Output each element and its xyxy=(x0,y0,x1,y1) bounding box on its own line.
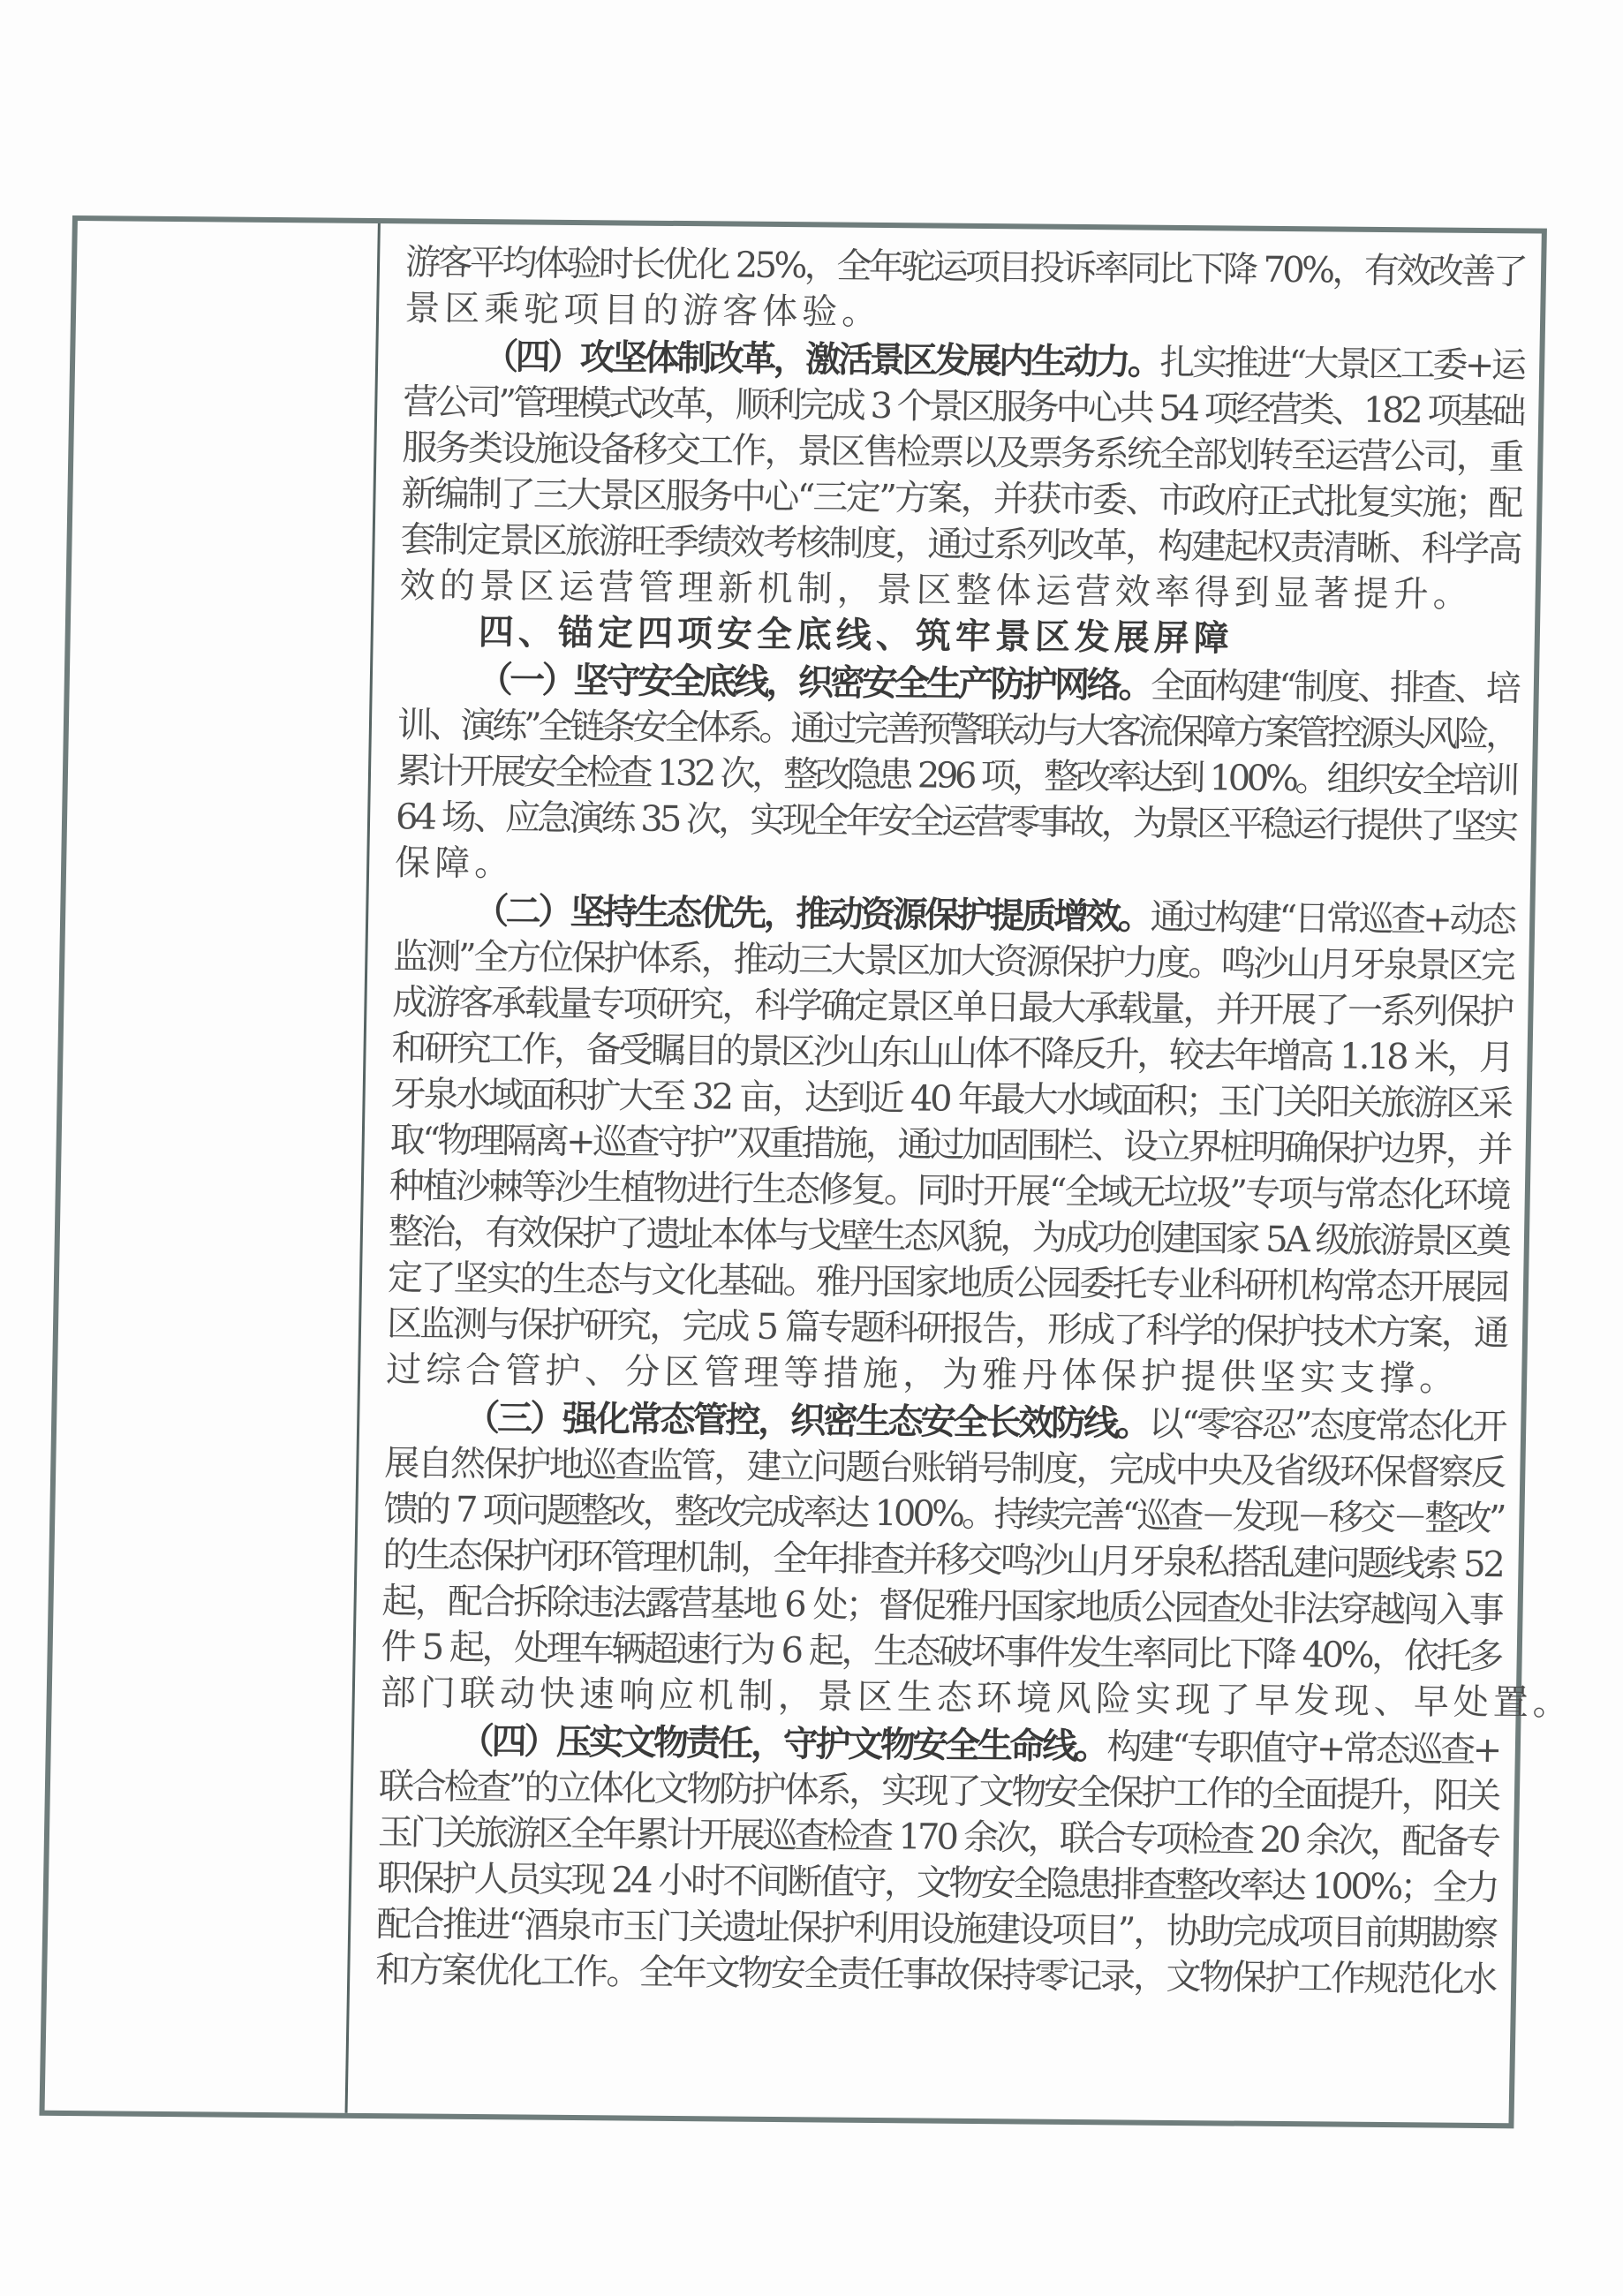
paragraph-line: 过综合管护、分区管理等措施，为雅丹体保护提供坚实支撑。 xyxy=(386,1347,1506,1402)
body-text: 营公司”管理模式改革，顺利完成 3 个景区服务中心共 54 项经营类、182 项… xyxy=(403,381,1523,432)
body-text: 展自然保护地巡查监管，建立问题台账销号制度，完成中央及省级环保督察反 xyxy=(384,1443,1505,1493)
body-text: 64 场、应急演练 35 次，实现全年安全运营零事故，为景区平稳运行提供了坚实 xyxy=(396,797,1516,847)
body-text: 景区乘驼项目的游客体验。 xyxy=(404,288,882,333)
body-text: 构建“专职值守+常态巡查+ xyxy=(1106,1726,1499,1771)
body-text: 馈的 7 项问题整改，整改完成率达 100%。持续完善“巡查－发现－移交－整改” xyxy=(383,1489,1504,1539)
body-text: 取“物理隔离+巡查守护”双重措施，通过加固围栏、设立界桩明确保护边界，并 xyxy=(389,1120,1510,1170)
subheading-text: （一）坚守安全底线，织密安全生产防护网络。 xyxy=(477,660,1151,706)
body-text: 新编制了三大景区服务中心“三定”方案，并获市委、市政府正式批复实施；配 xyxy=(401,473,1521,524)
paragraph-line: 景区乘驼项目的游客体验。 xyxy=(404,285,1525,341)
body-text: 扎实推进“大景区工委+运 xyxy=(1159,343,1523,387)
report-table: 游客平均体验时长优化 25%，全年驼运项目投诉率同比下降 70%，有效改善了景区… xyxy=(39,215,1546,2128)
body-text: 套制定景区旅游旺季绩效考核制度，通过系列改革，构建起权责清晰、科学高 xyxy=(400,519,1521,570)
content-cell: 游客平均体验时长优化 25%，全年驼运项目投诉率同比下降 70%，有效改善了景区… xyxy=(356,223,1542,2123)
subheading-text: （二）坚持生态优先，推动资源保护提质增效。 xyxy=(473,891,1151,938)
body-text: 和研究工作，备受瞩目的景区沙山东山山体不降反升，较去年增高 1.18 米，月 xyxy=(391,1028,1512,1078)
left-label-cell xyxy=(45,221,378,2113)
body-text: 和方案优化工作。全年文物安全责任事故保持零记录，文物保护工作规范化水 xyxy=(375,1950,1496,2000)
body-text: 牙泉水域面积扩大至 32 亩，达到近 40 年最大水域面积；玉门关阳关旅游区采 xyxy=(390,1074,1511,1124)
body-text: 保障。 xyxy=(395,842,515,884)
body-text: 起，配合拆除违法露营基地 6 处；督促雅丹国家地质公园查处非法穿越闯入事 xyxy=(381,1581,1502,1631)
body-text: 配合推进“酒泉市玉门关遗址保护利用设施建设项目”，协助完成项目前期勘察 xyxy=(376,1904,1497,1954)
body-text: 以“零容忍”态度常态化开 xyxy=(1148,1404,1505,1448)
document-page: 游客平均体验时长优化 25%，全年驼运项目投诉率同比下降 70%，有效改善了景区… xyxy=(0,0,1623,2296)
subheading-text: （四）攻坚体制改革，激活景区发展内生动力。 xyxy=(483,336,1160,383)
paragraph-line: 保障。 xyxy=(395,840,1515,895)
body-text: 定了坚实的生态与文化基础。雅丹国家地质公园委托专业科研机构常态开展园 xyxy=(388,1258,1508,1308)
subheading-text: （三）强化常态管控，织密生态安全长效防线。 xyxy=(464,1398,1149,1445)
body-text: 整治，有效保护了遗址本体与戈壁生态风貌，为成功创建国家 5A 级旅游景区奠 xyxy=(389,1212,1509,1262)
body-text: 玉门关旅游区全年累计开展巡查检查 170 余次，联合专项检查 20 余次，配备专 xyxy=(378,1812,1498,1862)
body-text: 通过构建“日常巡查+动态 xyxy=(1150,897,1514,941)
body-text: 种植沙棘等沙生植物进行生态修复。同时开展“全域无垃圾”专项与常态化环境 xyxy=(389,1166,1509,1216)
body-text: 件 5 起，处理车辆超速行为 6 起，生态破坏事件发生率同比下降 40%，依托多 xyxy=(381,1627,1501,1677)
body-text: 效的景区运营管理新机制，景区整体运营效率得到显著提升。 xyxy=(399,565,1473,616)
heading-text: 四、锚定四项安全底线、筑牢景区发展屏障 xyxy=(478,612,1234,659)
subheading-text: （四）压实文物责任，守护文物安全生命线。 xyxy=(458,1721,1106,1767)
body-text: 全面构建“制度、排查、培 xyxy=(1151,666,1519,710)
body-text: 服务类设施设备移交工作，景区售检票以及票务系统全部划转至运营公司，重 xyxy=(402,427,1522,478)
body-text: 区监测与保护研究，完成 5 篇专题科研报告，形成了科学的保护技术方案，通 xyxy=(387,1303,1507,1354)
body-text: 游客平均体验时长优化 25%，全年驼运项目投诉率同比下降 70%，有效改善了 xyxy=(405,242,1526,292)
body-text: 监测”全方位保护体系，推动三大景区加大资源保护力度。鸣沙山月牙泉景区完 xyxy=(393,936,1514,986)
body-text: 职保护人员实现 24 小时不间断值守，文物安全隐患排查整改率达 100%；全力 xyxy=(377,1858,1498,1908)
paragraph-line: 和方案优化工作。全年文物安全责任事故保持零记录，文物保护工作规范化水 xyxy=(375,1947,1496,2003)
body-text: 的生态保护闭环管理机制，全年排查并移交鸣沙山月牙泉私搭乱建问题线索 52 xyxy=(382,1535,1503,1585)
paragraph-line: 部门联动快速响应机制，景区生态环境风险实现了早发现、早处置。 xyxy=(380,1670,1500,1726)
section-heading: 四、锚定四项安全底线、筑牢景区发展屏障 xyxy=(478,609,1519,664)
body-text: 训、演练”全链条安全体系。通过完善预警联动与大客流保障方案管控源头风险， xyxy=(397,705,1518,755)
body-text: 联合检查”的立体化文物防护体系，实现了文物安全保护工作的全面提升，阳关 xyxy=(379,1766,1499,1816)
body-text: 过综合管护、分区管理等措施，为雅丹体保护提供坚实支撑。 xyxy=(386,1349,1460,1400)
body-text: 成游客承载量专项研究，科学确定景区单日最大承载量，并开展了一系列保护 xyxy=(392,982,1513,1032)
body-text: 累计开展安全检查 132 次，整改隐患 296 项，整改率达到 100%。组织安… xyxy=(396,751,1517,801)
body-text: 部门联动快速响应机制，景区生态环境风险实现了早发现、早处置。 xyxy=(380,1673,1573,1724)
